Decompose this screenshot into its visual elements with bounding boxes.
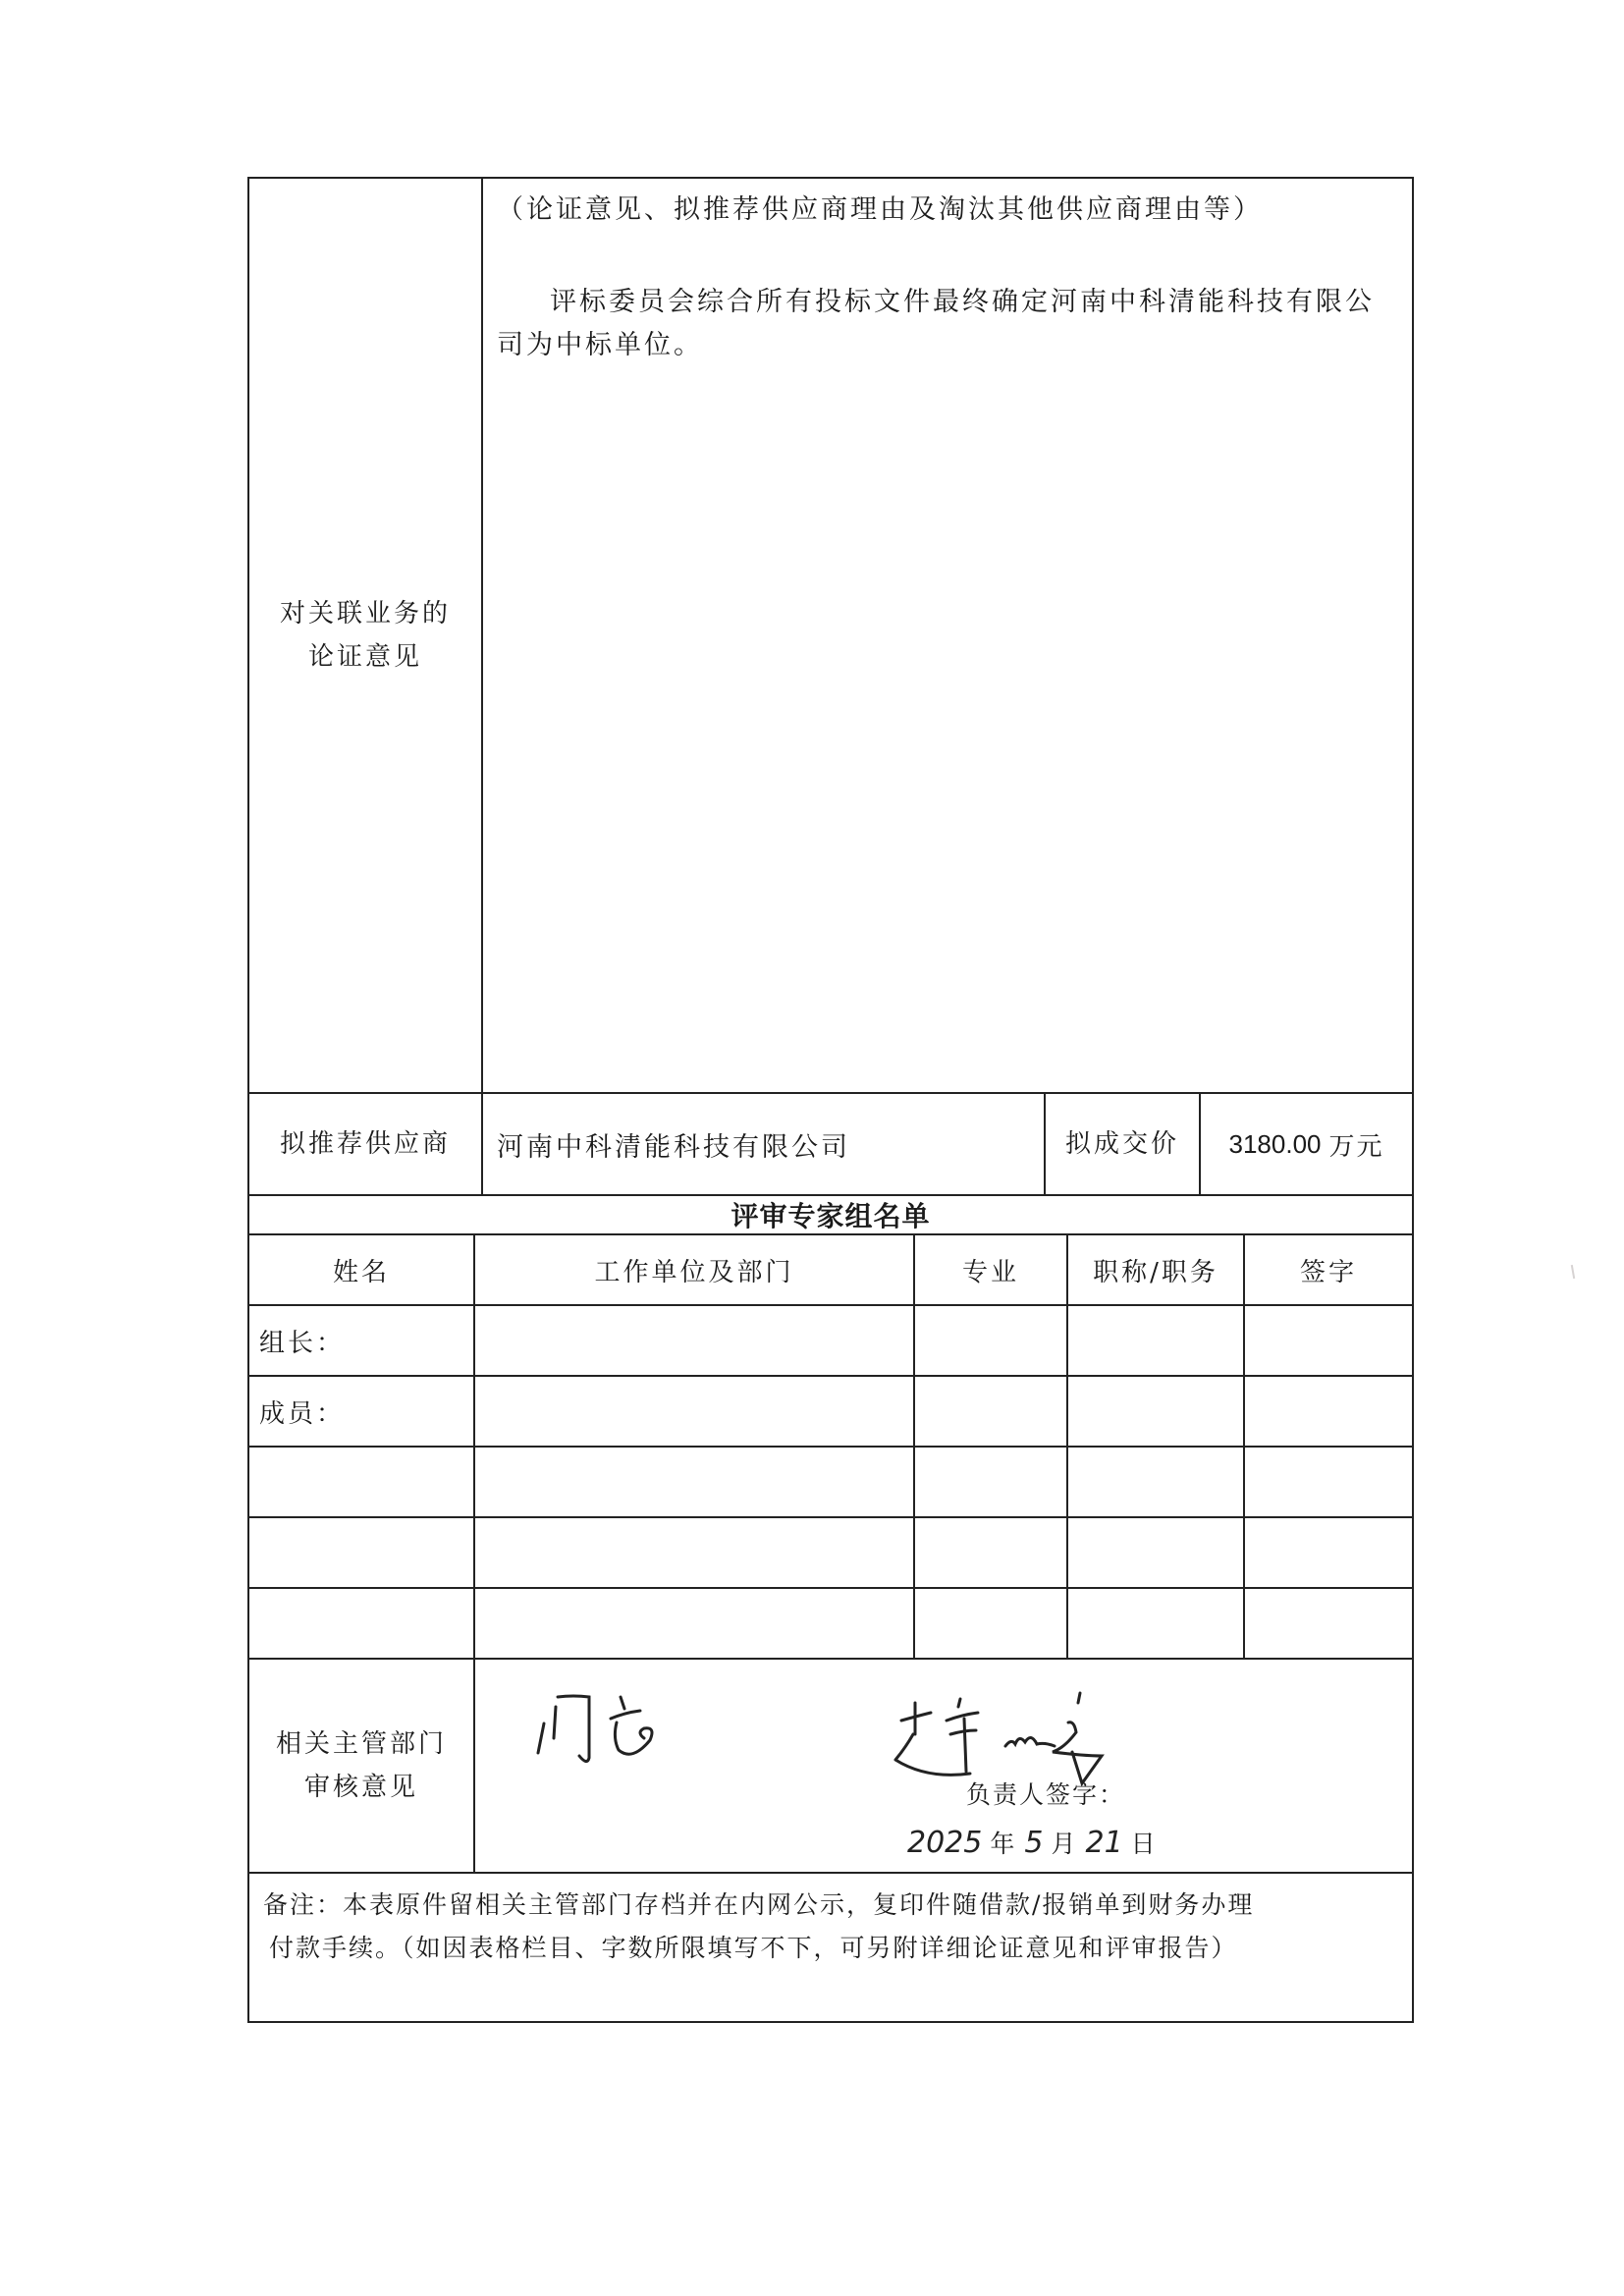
price-value: 3180.00: [1229, 1129, 1322, 1160]
notes-line2: 付款手续。（如因表格栏目、字数所限填写不下，可另附详细论证意见和评审报告）: [263, 1927, 1398, 1970]
opinion-label-line1: 对关联业务的: [280, 592, 451, 635]
date-year: 2025: [907, 1826, 982, 1860]
approval-label-line1: 相关主管部门: [276, 1722, 447, 1766]
table-row: [249, 1589, 1412, 1660]
expert-title: [1068, 1589, 1245, 1658]
price-label: 拟成交价: [1046, 1094, 1201, 1194]
opinion-label-line2: 论证意见: [280, 635, 451, 679]
column-header-signature: 签字: [1245, 1235, 1412, 1304]
expert-major: [915, 1448, 1068, 1516]
handwritten-approval-icon: 同意: [534, 1679, 672, 1768]
expert-role: 成员：: [249, 1377, 475, 1446]
expert-signature: [1245, 1589, 1412, 1658]
date-year-unit: 年: [990, 1825, 1016, 1860]
expert-signature: [1245, 1448, 1412, 1516]
expert-table-header: 姓名 工作单位及部门 专业 职称/职务 签字: [249, 1235, 1412, 1306]
price-cell: 3180.00 万元: [1201, 1094, 1412, 1194]
table-row: 成员：: [249, 1377, 1412, 1448]
expert-major: [915, 1306, 1068, 1375]
expert-role: [249, 1448, 475, 1516]
date-day: 21: [1085, 1826, 1122, 1860]
expert-role: [249, 1589, 475, 1658]
scan-artifact: [1571, 1265, 1575, 1279]
table-row: 组长：: [249, 1306, 1412, 1377]
expert-title: [1068, 1377, 1245, 1446]
expert-role: 组长：: [249, 1306, 475, 1375]
expert-signature: [1245, 1518, 1412, 1587]
expert-unit: [475, 1448, 915, 1516]
column-header-title: 职称/职务: [1068, 1235, 1245, 1304]
opinion-hint: （论证意见、拟推荐供应商理由及淘汰其他供应商理由等）: [497, 191, 1398, 230]
expert-signature: [1245, 1377, 1412, 1446]
date-month: 5: [1024, 1826, 1043, 1860]
signer-label: 负责人签字：: [966, 1776, 1125, 1811]
date-month-unit: 月: [1051, 1825, 1077, 1860]
expert-unit: [475, 1518, 915, 1587]
price-unit: 万元: [1328, 1126, 1383, 1163]
procurement-review-form: 对关联业务的 论证意见 （论证意见、拟推荐供应商理由及淘汰其他供应商理由等） 评…: [247, 177, 1414, 2023]
expert-unit: [475, 1306, 915, 1375]
expert-role: [249, 1518, 475, 1587]
supplier-value: 河南中科清能科技有限公司: [483, 1094, 1046, 1194]
expert-title: [1068, 1306, 1245, 1375]
supplier-label: 拟推荐供应商: [249, 1094, 483, 1194]
approval-date: 2025 年 5 月 21 日: [907, 1825, 1165, 1860]
opinion-label: 对关联业务的 论证意见: [249, 179, 483, 1092]
approval-content: 同意 负责人签字： 2025 年 5: [475, 1660, 1412, 1872]
expert-major: [915, 1589, 1068, 1658]
column-header-name: 姓名: [249, 1235, 475, 1304]
expert-signature: [1245, 1306, 1412, 1375]
table-row: [249, 1518, 1412, 1589]
expert-title: [1068, 1448, 1245, 1516]
expert-major: [915, 1518, 1068, 1587]
expert-major: [915, 1377, 1068, 1446]
expert-unit: [475, 1377, 915, 1446]
expert-title: [1068, 1518, 1245, 1587]
notes-line1: 备注：本表原件留相关主管部门存档并在内网公示，复印件随借款/报销单到财务办理: [263, 1884, 1398, 1927]
handwritten-signature-icon: [888, 1673, 1133, 1791]
expert-unit: [475, 1589, 915, 1658]
supplier-row: 拟推荐供应商 河南中科清能科技有限公司 拟成交价 3180.00 万元: [249, 1094, 1412, 1196]
column-header-unit: 工作单位及部门: [475, 1235, 915, 1304]
approval-label-line2: 审核意见: [276, 1766, 447, 1809]
approval-label: 相关主管部门 审核意见: [249, 1660, 475, 1872]
opinion-row: 对关联业务的 论证意见 （论证意见、拟推荐供应商理由及淘汰其他供应商理由等） 评…: [249, 179, 1412, 1094]
notes-row: 备注：本表原件留相关主管部门存档并在内网公示，复印件随借款/报销单到财务办理 付…: [249, 1874, 1412, 2021]
expert-panel-title: 评审专家组名单: [249, 1196, 1412, 1235]
column-header-major: 专业: [915, 1235, 1068, 1304]
opinion-content: （论证意见、拟推荐供应商理由及淘汰其他供应商理由等） 评标委员会综合所有投标文件…: [483, 179, 1412, 1092]
approval-row: 相关主管部门 审核意见 同意: [249, 1660, 1412, 1874]
table-row: [249, 1448, 1412, 1518]
date-day-unit: 日: [1131, 1825, 1158, 1860]
opinion-body: 评标委员会综合所有投标文件最终确定河南中科清能科技有限公司为中标单位。: [497, 281, 1398, 367]
document-page: 对关联业务的 论证意见 （论证意见、拟推荐供应商理由及淘汰其他供应商理由等） 评…: [0, 0, 1624, 2296]
